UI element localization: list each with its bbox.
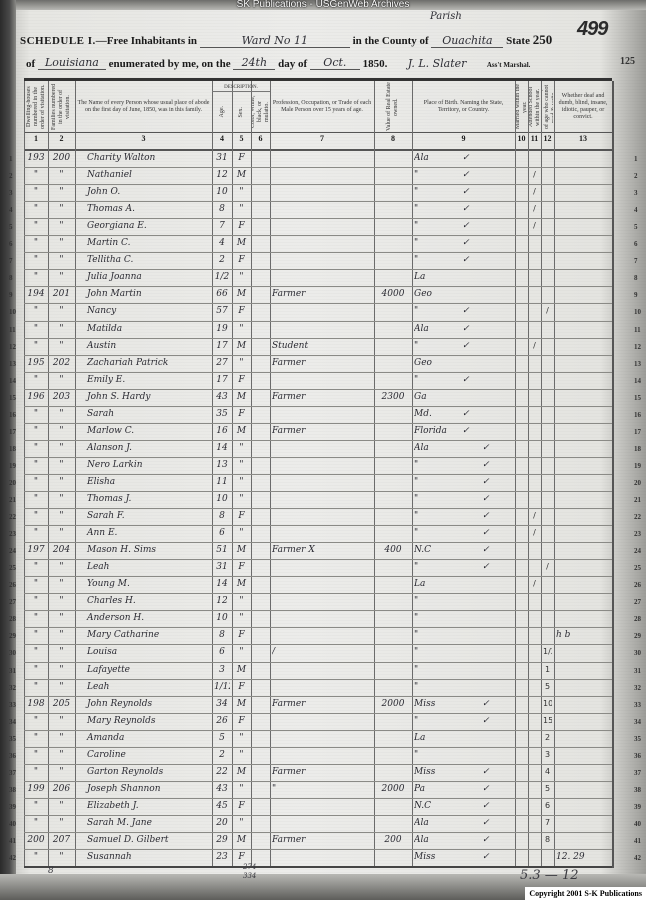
ward-field: Ward No 11 <box>200 34 350 48</box>
cell-school <box>530 321 539 338</box>
line-number-left: 15 <box>9 394 16 402</box>
table-row: ""Emily E.17F"✓ <box>24 372 612 389</box>
line-number-right: 25 <box>634 564 641 572</box>
cell-family: " <box>50 679 73 696</box>
cell-family: " <box>50 713 73 730</box>
cell-school <box>530 713 539 730</box>
cell-tally <box>543 338 552 355</box>
cell-sex: M <box>234 423 249 440</box>
cell-family: 207 <box>50 832 73 849</box>
cell-school: / <box>530 508 539 525</box>
cell-school <box>530 764 539 781</box>
cell-birthplace: N.C <box>414 542 513 559</box>
cell-occupation <box>272 235 372 252</box>
line-number-left: 2 <box>9 172 13 180</box>
cell-school <box>530 781 539 798</box>
line-number-right: 5 <box>634 223 638 231</box>
cell-dwelling: " <box>26 167 46 184</box>
cell-family: " <box>50 406 73 423</box>
line-number-left: 10 <box>9 308 16 316</box>
line-number-left: 30 <box>9 649 16 657</box>
column-number-9: 9 <box>412 134 515 143</box>
cell-school <box>530 303 539 320</box>
cell-family: " <box>50 269 73 286</box>
cell-real-estate <box>376 167 410 184</box>
line-number-right: 13 <box>634 360 641 368</box>
line-number-left: 29 <box>9 632 16 640</box>
cell-real-estate <box>376 457 410 474</box>
cell-age: 35 <box>214 406 230 423</box>
cell-birthplace: Ga <box>414 389 513 406</box>
cell-age: 1/12 <box>214 679 230 696</box>
cell-sex: F <box>234 252 249 269</box>
cell-mark <box>556 747 610 764</box>
cell-age: 31 <box>214 150 230 167</box>
line-number-left: 34 <box>9 718 16 726</box>
line-number-right: 20 <box>634 479 641 487</box>
cell-occupation <box>272 491 372 508</box>
table-row: 193200Charity Walton31FAla✓ <box>24 150 612 167</box>
column-header-11: Attended School within the year. <box>529 82 540 132</box>
check-mark: ✓ <box>482 832 496 848</box>
cell-birthplace: " <box>414 559 513 576</box>
cell-school <box>530 832 539 849</box>
table-row: ""Sarah F.8F"/✓ <box>24 508 612 525</box>
column-header-5: Sex. <box>233 92 250 132</box>
column-header-label: Place of Birth. Naming the State, Territ… <box>413 100 514 114</box>
cell-occupation <box>272 815 372 832</box>
cell-birthplace: Miss <box>414 764 513 781</box>
cell-name: Mary Catharine <box>77 627 220 644</box>
cell-occupation: Farmer <box>272 764 372 781</box>
cell-age: 2 <box>214 747 230 764</box>
cell-dwelling: " <box>26 849 46 866</box>
cell-birthplace: Ala <box>414 440 513 457</box>
cell-mark <box>556 559 610 576</box>
line-number-right: 4 <box>634 206 638 214</box>
cell-family: " <box>50 593 73 610</box>
table-row: ""Elizabeth J.45FN.C6✓ <box>24 798 612 815</box>
cell-tally: 1 <box>543 662 552 679</box>
cell-tally <box>543 610 552 627</box>
column-rule <box>612 81 614 868</box>
cell-age: 34 <box>214 696 230 713</box>
cell-tally: 15 <box>543 713 552 730</box>
table-row: ""Mary Catharine8F"h b <box>24 627 612 644</box>
cell-age: 51 <box>214 542 230 559</box>
cell-family: " <box>50 440 73 457</box>
cell-name: John Reynolds <box>77 696 220 713</box>
table-row: ""Elisha11""✓ <box>24 474 612 491</box>
line-number-left: 17 <box>9 428 16 436</box>
cell-dwelling: " <box>26 747 46 764</box>
cell-tally <box>543 508 552 525</box>
line-number-right: 6 <box>634 240 638 248</box>
column-header-label: Families numbered in the order of visita… <box>51 82 72 132</box>
parish-overwrite: Parish <box>430 11 462 22</box>
check-mark: ✓ <box>482 849 496 865</box>
cell-tally <box>543 269 552 286</box>
cell-tally <box>543 593 552 610</box>
schedule-title: —Free Inhabitants in <box>96 35 197 47</box>
column-header-4: Age. <box>213 92 231 132</box>
cell-tally: 3 <box>543 747 552 764</box>
table-row: ""Mary Reynolds26F"15✓ <box>24 713 612 730</box>
cell-family: " <box>50 525 73 542</box>
column-header-13: Whether deaf and dumb, blind, insane, id… <box>555 82 611 132</box>
line-number-left: 35 <box>9 735 16 743</box>
cell-sex: F <box>234 218 249 235</box>
cell-name: John Martin <box>77 286 220 303</box>
cell-sex: " <box>234 184 249 201</box>
cell-mark <box>556 338 610 355</box>
cell-name: Emily E. <box>77 372 220 389</box>
line-number-right: 35 <box>634 735 641 743</box>
cell-occupation: Farmer <box>272 423 372 440</box>
county-label: in the County of <box>353 35 429 47</box>
cell-dwelling: " <box>26 201 46 218</box>
cell-sex: " <box>234 781 249 798</box>
cell-occupation <box>272 372 372 389</box>
cell-occupation <box>272 525 372 542</box>
cell-mark <box>556 218 610 235</box>
cell-occupation <box>272 730 372 747</box>
age-total-top: 274 <box>243 863 256 871</box>
line-number-left: 13 <box>9 360 16 368</box>
cell-age: 4 <box>214 235 230 252</box>
cell-mark <box>556 269 610 286</box>
cell-age: 17 <box>214 372 230 389</box>
watermark: SK Publications - USGenWeb Archives <box>0 0 646 10</box>
column-header-8: Value of Real Estate owned. <box>375 82 411 132</box>
cell-school <box>530 355 539 372</box>
check-mark: ✓ <box>482 781 496 797</box>
cell-occupation: " <box>272 781 372 798</box>
cell-dwelling: " <box>26 474 46 491</box>
cell-birthplace: " <box>414 457 513 474</box>
check-mark: ✓ <box>462 321 476 337</box>
cell-occupation: Farmer <box>272 355 372 372</box>
column-number-12: 12 <box>541 134 554 143</box>
cell-birthplace: " <box>414 627 513 644</box>
cell-tally <box>543 457 552 474</box>
cell-tally: 5 <box>543 679 552 696</box>
cell-name: Samuel D. Gilbert <box>77 832 220 849</box>
cell-name: Anderson H. <box>77 610 220 627</box>
line-number-left: 14 <box>9 377 16 385</box>
cell-family: " <box>50 184 73 201</box>
description-group-header: DESCRIPTION. <box>212 83 270 92</box>
cell-sex: M <box>234 338 249 355</box>
cell-age: 8 <box>214 627 230 644</box>
cell-tally <box>543 389 552 406</box>
column-number-4: 4 <box>212 134 232 143</box>
state-label: State <box>506 35 530 47</box>
cell-age: 20 <box>214 815 230 832</box>
cell-family: " <box>50 747 73 764</box>
cell-dwelling: " <box>26 303 46 320</box>
census-page: SK Publications - USGenWeb Archives Pari… <box>0 0 646 900</box>
cell-name: Martin C. <box>77 235 220 252</box>
table-row: ""Nero Larkin13""✓ <box>24 457 612 474</box>
line-number-left: 6 <box>9 240 13 248</box>
cell-tally <box>543 252 552 269</box>
cell-dwelling: 200 <box>26 832 46 849</box>
cell-real-estate <box>376 644 410 661</box>
column-number-8: 8 <box>374 134 412 143</box>
cell-name: Elizabeth J. <box>77 798 220 815</box>
cell-name: Nancy <box>77 303 220 320</box>
cell-age: 43 <box>214 781 230 798</box>
cell-dwelling: " <box>26 440 46 457</box>
cell-dwelling: " <box>26 764 46 781</box>
cell-name: Charles H. <box>77 593 220 610</box>
cell-occupation: Farmer X <box>272 542 372 559</box>
enumerated-label: enumerated by me, on the <box>109 58 231 70</box>
line-number-left: 32 <box>9 684 16 692</box>
cell-age: 27 <box>214 355 230 372</box>
table-row: 199206Joseph Shannon43""2000Pa5✓ <box>24 781 612 798</box>
cell-name: Mary Reynolds <box>77 713 220 730</box>
line-number-right: 19 <box>634 462 641 470</box>
cell-dwelling: 196 <box>26 389 46 406</box>
column-header-3: The Name of every Person whose usual pla… <box>76 82 211 132</box>
cell-sex: F <box>234 406 249 423</box>
cell-mark <box>556 167 610 184</box>
cell-dwelling: " <box>26 406 46 423</box>
table-row: ""Nancy57F"/✓ <box>24 303 612 320</box>
line-number-left: 18 <box>9 445 16 453</box>
cell-tally <box>543 184 552 201</box>
cell-occupation <box>272 610 372 627</box>
cell-occupation <box>272 457 372 474</box>
line-number-left: 8 <box>9 274 13 282</box>
day-field: 24th <box>233 56 275 70</box>
cell-age: 6 <box>214 525 230 542</box>
column-header-label: Color, White, black, or mulatto. <box>252 92 269 132</box>
table-row: ""Austin17MStudent"/✓ <box>24 338 612 355</box>
year: 1850. <box>363 58 388 70</box>
cell-mark <box>556 542 610 559</box>
cell-school <box>530 593 539 610</box>
cell-name: Leah <box>77 679 220 696</box>
cell-sex: " <box>234 730 249 747</box>
cell-sex: " <box>234 355 249 372</box>
line-number-right: 3 <box>634 189 638 197</box>
line-number-left: 22 <box>9 513 16 521</box>
cell-name: Austin <box>77 338 220 355</box>
cell-tally <box>543 201 552 218</box>
cell-birthplace: " <box>414 713 513 730</box>
cell-name: Caroline <box>77 747 220 764</box>
cell-family: " <box>50 457 73 474</box>
cell-sex: " <box>234 474 249 491</box>
cell-real-estate <box>376 269 410 286</box>
cell-occupation <box>272 627 372 644</box>
cell-family: " <box>50 798 73 815</box>
line-number-left: 20 <box>9 479 16 487</box>
line-number-right: 2 <box>634 172 638 180</box>
cell-dwelling: " <box>26 815 46 832</box>
column-number-3: 3 <box>75 134 212 143</box>
cell-age: 8 <box>214 201 230 218</box>
cell-family: " <box>50 218 73 235</box>
table-row: ""Matilda19"Ala✓ <box>24 321 612 338</box>
cell-name: Georgiana E. <box>77 218 220 235</box>
cell-birthplace: " <box>414 610 513 627</box>
cell-family: " <box>50 849 73 866</box>
line-number-right: 26 <box>634 581 641 589</box>
check-mark: ✓ <box>462 372 476 388</box>
cell-real-estate <box>376 815 410 832</box>
cell-occupation: Farmer <box>272 389 372 406</box>
line-number-right: 39 <box>634 803 641 811</box>
cell-family: 200 <box>50 150 73 167</box>
cell-age: 7 <box>214 218 230 235</box>
check-mark: ✓ <box>482 525 496 541</box>
cell-name: Young M. <box>77 576 220 593</box>
cell-name: John S. Hardy <box>77 389 220 406</box>
cell-sex: " <box>234 815 249 832</box>
cell-tally <box>543 474 552 491</box>
cell-real-estate <box>376 610 410 627</box>
cell-sex: F <box>234 303 249 320</box>
line-number-right: 8 <box>634 274 638 282</box>
cell-tally: 8 <box>543 832 552 849</box>
cell-birthplace: " <box>414 491 513 508</box>
cell-sex: F <box>234 798 249 815</box>
cell-family: " <box>50 321 73 338</box>
cell-birthplace: " <box>414 679 513 696</box>
cell-age: 12 <box>214 593 230 610</box>
cell-name: Marlow C. <box>77 423 220 440</box>
cell-school <box>530 730 539 747</box>
summary-note: 5.3 — 12 <box>520 868 578 883</box>
cell-tally <box>543 406 552 423</box>
cell-tally: 2 <box>543 730 552 747</box>
cell-family: 203 <box>50 389 73 406</box>
cell-age: 1/2 <box>214 269 230 286</box>
table-row: ""Martin C.4M"✓ <box>24 235 612 252</box>
cell-sex: " <box>234 440 249 457</box>
cell-name: Alanson J. <box>77 440 220 457</box>
column-header-9: Place of Birth. Naming the State, Territ… <box>413 82 514 132</box>
column-header-6: Color, White, black, or mulatto. <box>252 92 269 132</box>
line-number-left: 9 <box>9 291 13 299</box>
cell-school <box>530 747 539 764</box>
cell-sex: M <box>234 235 249 252</box>
cell-real-estate <box>376 593 410 610</box>
cell-school: / <box>530 525 539 542</box>
check-mark: ✓ <box>462 184 476 200</box>
cell-name: John O. <box>77 184 220 201</box>
cell-dwelling: " <box>26 525 46 542</box>
cell-sex: M <box>234 696 249 713</box>
line-number-right: 23 <box>634 530 641 538</box>
line-number-left: 3 <box>9 189 13 197</box>
cell-real-estate <box>376 798 410 815</box>
cell-age: 17 <box>214 338 230 355</box>
cell-name: Elisha <box>77 474 220 491</box>
column-header-1: Dwelling-houses numbered in the order of… <box>25 82 47 132</box>
cell-real-estate: 400 <box>376 542 410 559</box>
cell-mark <box>556 235 610 252</box>
cell-school: / <box>530 184 539 201</box>
check-mark: ✓ <box>482 457 496 473</box>
column-number-6: 6 <box>251 134 270 143</box>
cell-birthplace: N.C <box>414 798 513 815</box>
cell-dwelling: " <box>26 321 46 338</box>
line-number-left: 23 <box>9 530 16 538</box>
table-row: ""Thomas J.10""✓ <box>24 491 612 508</box>
cell-school <box>530 440 539 457</box>
cell-school <box>530 542 539 559</box>
cell-dwelling: " <box>26 713 46 730</box>
cell-sex: M <box>234 286 249 303</box>
cell-birthplace: Miss <box>414 849 513 866</box>
line-number-left: 19 <box>9 462 16 470</box>
line-number-left: 31 <box>9 667 16 675</box>
cell-name: Thomas A. <box>77 201 220 218</box>
cell-school <box>530 610 539 627</box>
cell-family: " <box>50 627 73 644</box>
cell-dwelling: " <box>26 338 46 355</box>
column-header-label: Attended School within the year. <box>529 82 540 132</box>
cell-dwelling: " <box>26 184 46 201</box>
table-row: ""Nathaniel12M"/✓ <box>24 167 612 184</box>
cell-sex: " <box>234 747 249 764</box>
line-number-right: 15 <box>634 394 641 402</box>
cell-dwelling: " <box>26 372 46 389</box>
cell-real-estate: 2300 <box>376 389 410 406</box>
cell-name: Ann E. <box>77 525 220 542</box>
cell-name: Sarah F. <box>77 508 220 525</box>
cell-real-estate <box>376 184 410 201</box>
cell-tally <box>543 576 552 593</box>
cell-occupation <box>272 303 372 320</box>
cell-school <box>530 696 539 713</box>
cell-occupation <box>272 559 372 576</box>
cell-school <box>530 423 539 440</box>
line-number-left: 40 <box>9 820 16 828</box>
cell-dwelling: " <box>26 491 46 508</box>
cell-mark <box>556 286 610 303</box>
line-number-left: 27 <box>9 598 16 606</box>
cell-name: Nathaniel <box>77 167 220 184</box>
cell-sex: F <box>234 627 249 644</box>
check-mark: ✓ <box>462 406 476 422</box>
cell-birthplace: La <box>414 730 513 747</box>
cell-dwelling: " <box>26 269 46 286</box>
day-of-label: day of <box>278 58 307 70</box>
cell-dwelling: " <box>26 662 46 679</box>
check-mark: ✓ <box>482 474 496 490</box>
cell-occupation: Student <box>272 338 372 355</box>
check-mark: ✓ <box>462 218 476 234</box>
cell-birthplace: Ala <box>414 832 513 849</box>
cell-real-estate <box>376 730 410 747</box>
cell-birthplace: " <box>414 508 513 525</box>
cell-school <box>530 150 539 167</box>
line-number-left: 36 <box>9 752 16 760</box>
cell-mark <box>556 491 610 508</box>
column-header-12: Persons over 20 y'rs of age who cannot r… <box>542 82 553 132</box>
cell-real-estate <box>376 406 410 423</box>
column-header-label: Married within the year. <box>516 82 527 132</box>
cell-real-estate <box>376 321 410 338</box>
cell-mark <box>556 389 610 406</box>
column-header-label: Value of Real Estate owned. <box>386 82 400 132</box>
